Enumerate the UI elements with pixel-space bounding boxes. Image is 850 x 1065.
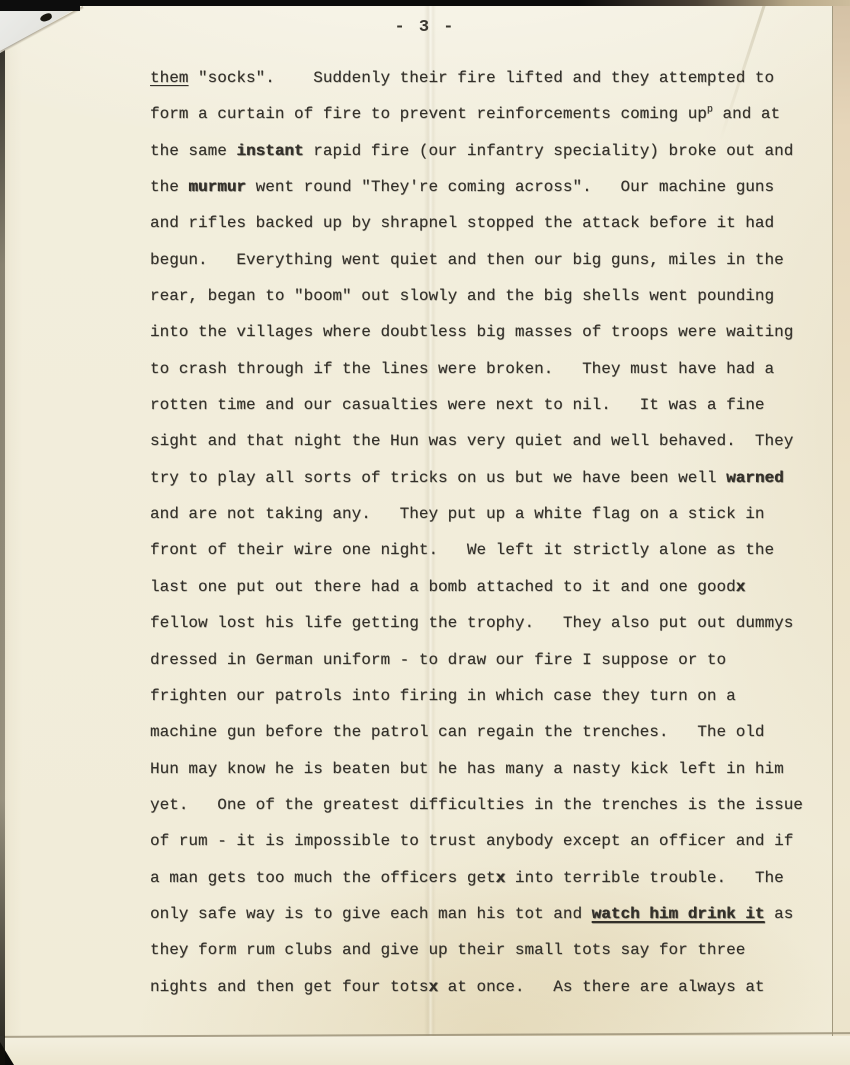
text-segment: machine gun before the patrol can regain… (150, 723, 765, 741)
text-segment: as (765, 905, 794, 923)
text-segment: a man gets too much the officers get (150, 869, 496, 887)
text-line: dressed in German uniform - to draw our … (150, 642, 840, 678)
text-segment: warned (726, 469, 784, 487)
text-line: fellow lost his life getting the trophy.… (150, 605, 840, 641)
text-line: yet. One of the greatest difficulties in… (150, 787, 840, 823)
scan-frame-top-border (0, 0, 850, 6)
text-segment: sight and that night the Hun was very qu… (150, 432, 793, 450)
text-segment: and are not taking any. They put up a wh… (150, 505, 765, 523)
text-line: rotten time and our casualties were next… (150, 387, 840, 423)
text-segment: only safe way is to give each man his to… (150, 905, 592, 923)
text-segment: watch him drink it (592, 905, 765, 923)
text-line: sight and that night the Hun was very qu… (150, 423, 840, 459)
text-segment: instant (236, 142, 303, 160)
text-segment: fellow lost his life getting the trophy.… (150, 614, 793, 632)
text-segment: and rifles backed up by shrapnel stopped… (150, 214, 774, 232)
scanned-letter-page: - 3 - them "socks". Suddenly their fire … (0, 0, 850, 1065)
text-segment: went round "They're coming across". Our … (246, 178, 774, 196)
text-line: frighten our patrols into firing in whic… (150, 678, 840, 714)
text-line: begun. Everything went quiet and then ou… (150, 242, 840, 278)
underlying-sheet-strip (0, 1036, 850, 1065)
text-line: the same instant rapid fire (our infantr… (150, 133, 840, 169)
text-segment: they form rum clubs and give up their sm… (150, 941, 745, 959)
page-number: - 3 - (0, 18, 850, 37)
text-segment: "socks". Suddenly their fire lifted and … (188, 69, 774, 87)
text-body: them "socks". Suddenly their fire lifted… (150, 60, 840, 1005)
text-line: into the villages where doubtless big ma… (150, 314, 840, 350)
text-segment: into the villages where doubtless big ma… (150, 323, 793, 341)
text-line: the murmur went round "They're coming ac… (150, 169, 840, 205)
text-segment: to crash through if the lines were broke… (150, 360, 774, 378)
text-line: they form rum clubs and give up their sm… (150, 932, 840, 968)
text-segment: at once. As there are always at (438, 978, 764, 996)
text-segment: murmur (188, 178, 246, 196)
text-segment: rotten time and our casualties were next… (150, 396, 765, 414)
text-line: front of their wire one night. We left i… (150, 532, 840, 568)
text-segment: rapid fire (our infantry speciality) bro… (304, 142, 794, 160)
text-line: a man gets too much the officers getx in… (150, 860, 840, 896)
text-line: last one put out there had a bomb attach… (150, 569, 840, 605)
text-segment: nights and then get four tots (150, 978, 428, 996)
scan-frame-top-left-border (0, 0, 80, 11)
text-line: to crash through if the lines were broke… (150, 351, 840, 387)
text-segment: of rum - it is impossible to trust anybo… (150, 832, 793, 850)
text-segment: yet. One of the greatest difficulties in… (150, 796, 803, 814)
scan-frame-left-edge (0, 0, 5, 1065)
text-segment: into terrible trouble. The (505, 869, 783, 887)
text-segment: rear, began to "boom" out slowly and the… (150, 287, 774, 305)
text-segment: try to play all sorts of tricks on us bu… (150, 469, 726, 487)
text-line: nights and then get four totsx at once. … (150, 969, 840, 1005)
text-line: try to play all sorts of tricks on us bu… (150, 460, 840, 496)
text-line: and are not taking any. They put up a wh… (150, 496, 840, 532)
text-segment: x (736, 578, 746, 596)
text-segment: x (428, 978, 438, 996)
text-segment: the same (150, 142, 236, 160)
text-segment: frighten our patrols into firing in whic… (150, 687, 736, 705)
text-segment: last one put out there had a bomb attach… (150, 578, 736, 596)
text-segment: front of their wire one night. We left i… (150, 541, 774, 559)
text-line: machine gun before the patrol can regain… (150, 714, 840, 750)
text-segment: form a curtain of fire to prevent reinfo… (150, 105, 707, 123)
text-segment: x (496, 869, 506, 887)
text-segment: and at (713, 105, 780, 123)
text-line: only safe way is to give each man his to… (150, 896, 840, 932)
text-segment: Hun may know he is beaten but he has man… (150, 760, 784, 778)
text-segment: the (150, 178, 188, 196)
text-line: form a curtain of fire to prevent reinfo… (150, 96, 840, 132)
text-line: Hun may know he is beaten but he has man… (150, 751, 840, 787)
text-line: rear, began to "boom" out slowly and the… (150, 278, 840, 314)
text-line: of rum - it is impossible to trust anybo… (150, 823, 840, 859)
text-segment: begun. Everything went quiet and then ou… (150, 251, 784, 269)
text-segment: them (150, 69, 188, 87)
text-line: and rifles backed up by shrapnel stopped… (150, 205, 840, 241)
text-line: them "socks". Suddenly their fire lifted… (150, 60, 840, 96)
text-segment: dressed in German uniform - to draw our … (150, 651, 726, 669)
